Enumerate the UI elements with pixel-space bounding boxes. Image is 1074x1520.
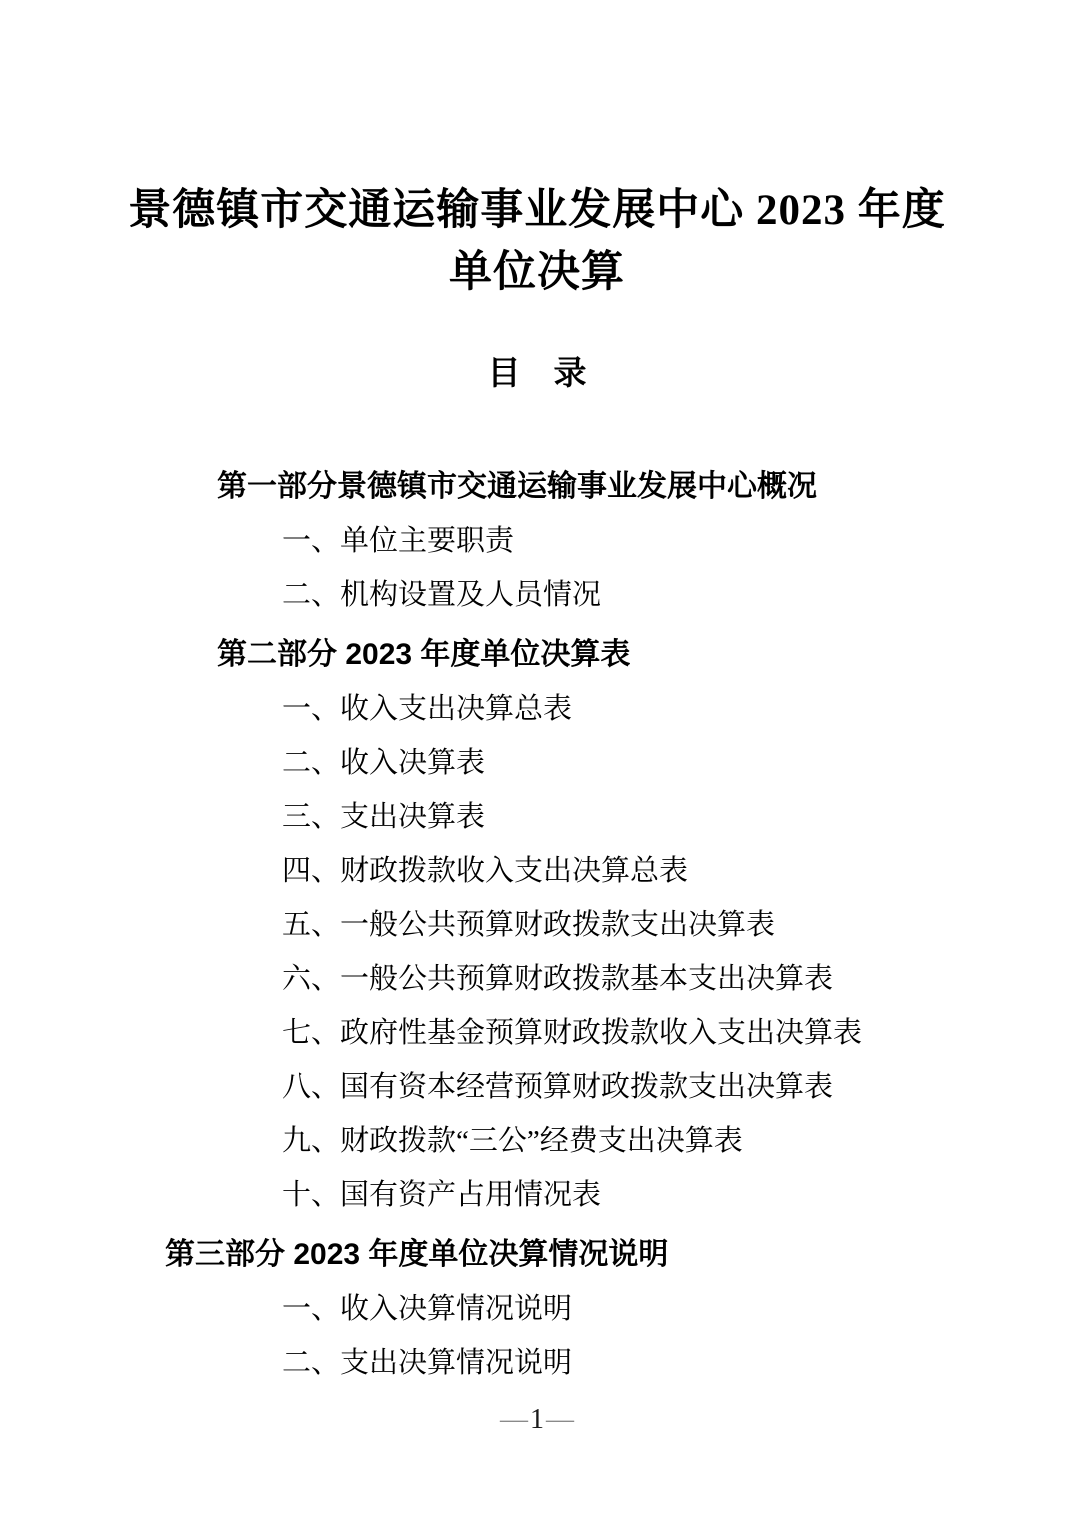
toc-item-part2-2: 二、收入决算表	[0, 736, 1074, 790]
document-title-line-1: 景德镇市交通运输事业发展中心 2023 年度	[0, 180, 1074, 242]
page-number: —1—	[0, 1404, 1074, 1436]
toc-item-part2-8: 八、国有资本经营预算财政拨款支出决算表	[0, 1060, 1074, 1114]
toc-item-part2-1: 一、收入支出决算总表	[0, 682, 1074, 736]
toc-item-part3-2: 二、支出决算情况说明	[0, 1336, 1074, 1390]
document-page: 景德镇市交通运输事业发展中心 2023 年度 单位决算 目 录 第一部分景德镇市…	[0, 0, 1074, 1520]
toc-item-part1-2: 二、机构设置及人员情况	[0, 568, 1074, 622]
toc-item-part3-1: 一、收入决算情况说明	[0, 1282, 1074, 1336]
toc-part-3-heading: 第三部分 2023 年度单位决算情况说明	[0, 1228, 1074, 1282]
toc-item-part1-1: 一、单位主要职责	[0, 514, 1074, 568]
toc-item-part2-10: 十、国有资产占用情况表	[0, 1168, 1074, 1222]
toc-item-part2-7: 七、政府性基金预算财政拨款收入支出决算表	[0, 1006, 1074, 1060]
page-number-dash-right: —	[546, 1404, 574, 1435]
toc-item-part2-6: 六、一般公共预算财政拨款基本支出决算表	[0, 952, 1074, 1006]
toc-part-2-heading: 第二部分 2023 年度单位决算表	[0, 628, 1074, 682]
toc-title: 目 录	[0, 352, 1074, 396]
page-number-value: 1	[528, 1404, 546, 1435]
document-title-line-2: 单位决算	[0, 242, 1074, 304]
toc-item-part2-9: 九、财政拨款“三公”经费支出决算表	[0, 1114, 1074, 1168]
page-number-dash-left: —	[500, 1404, 528, 1435]
document-title: 景德镇市交通运输事业发展中心 2023 年度 单位决算	[0, 180, 1074, 304]
table-of-contents: 第一部分景德镇市交通运输事业发展中心概况 一、单位主要职责 二、机构设置及人员情…	[0, 460, 1074, 1390]
toc-item-part2-3: 三、支出决算表	[0, 790, 1074, 844]
toc-item-part2-5: 五、一般公共预算财政拨款支出决算表	[0, 898, 1074, 952]
toc-part-1-heading: 第一部分景德镇市交通运输事业发展中心概况	[0, 460, 1074, 514]
toc-item-part2-4: 四、财政拨款收入支出决算总表	[0, 844, 1074, 898]
